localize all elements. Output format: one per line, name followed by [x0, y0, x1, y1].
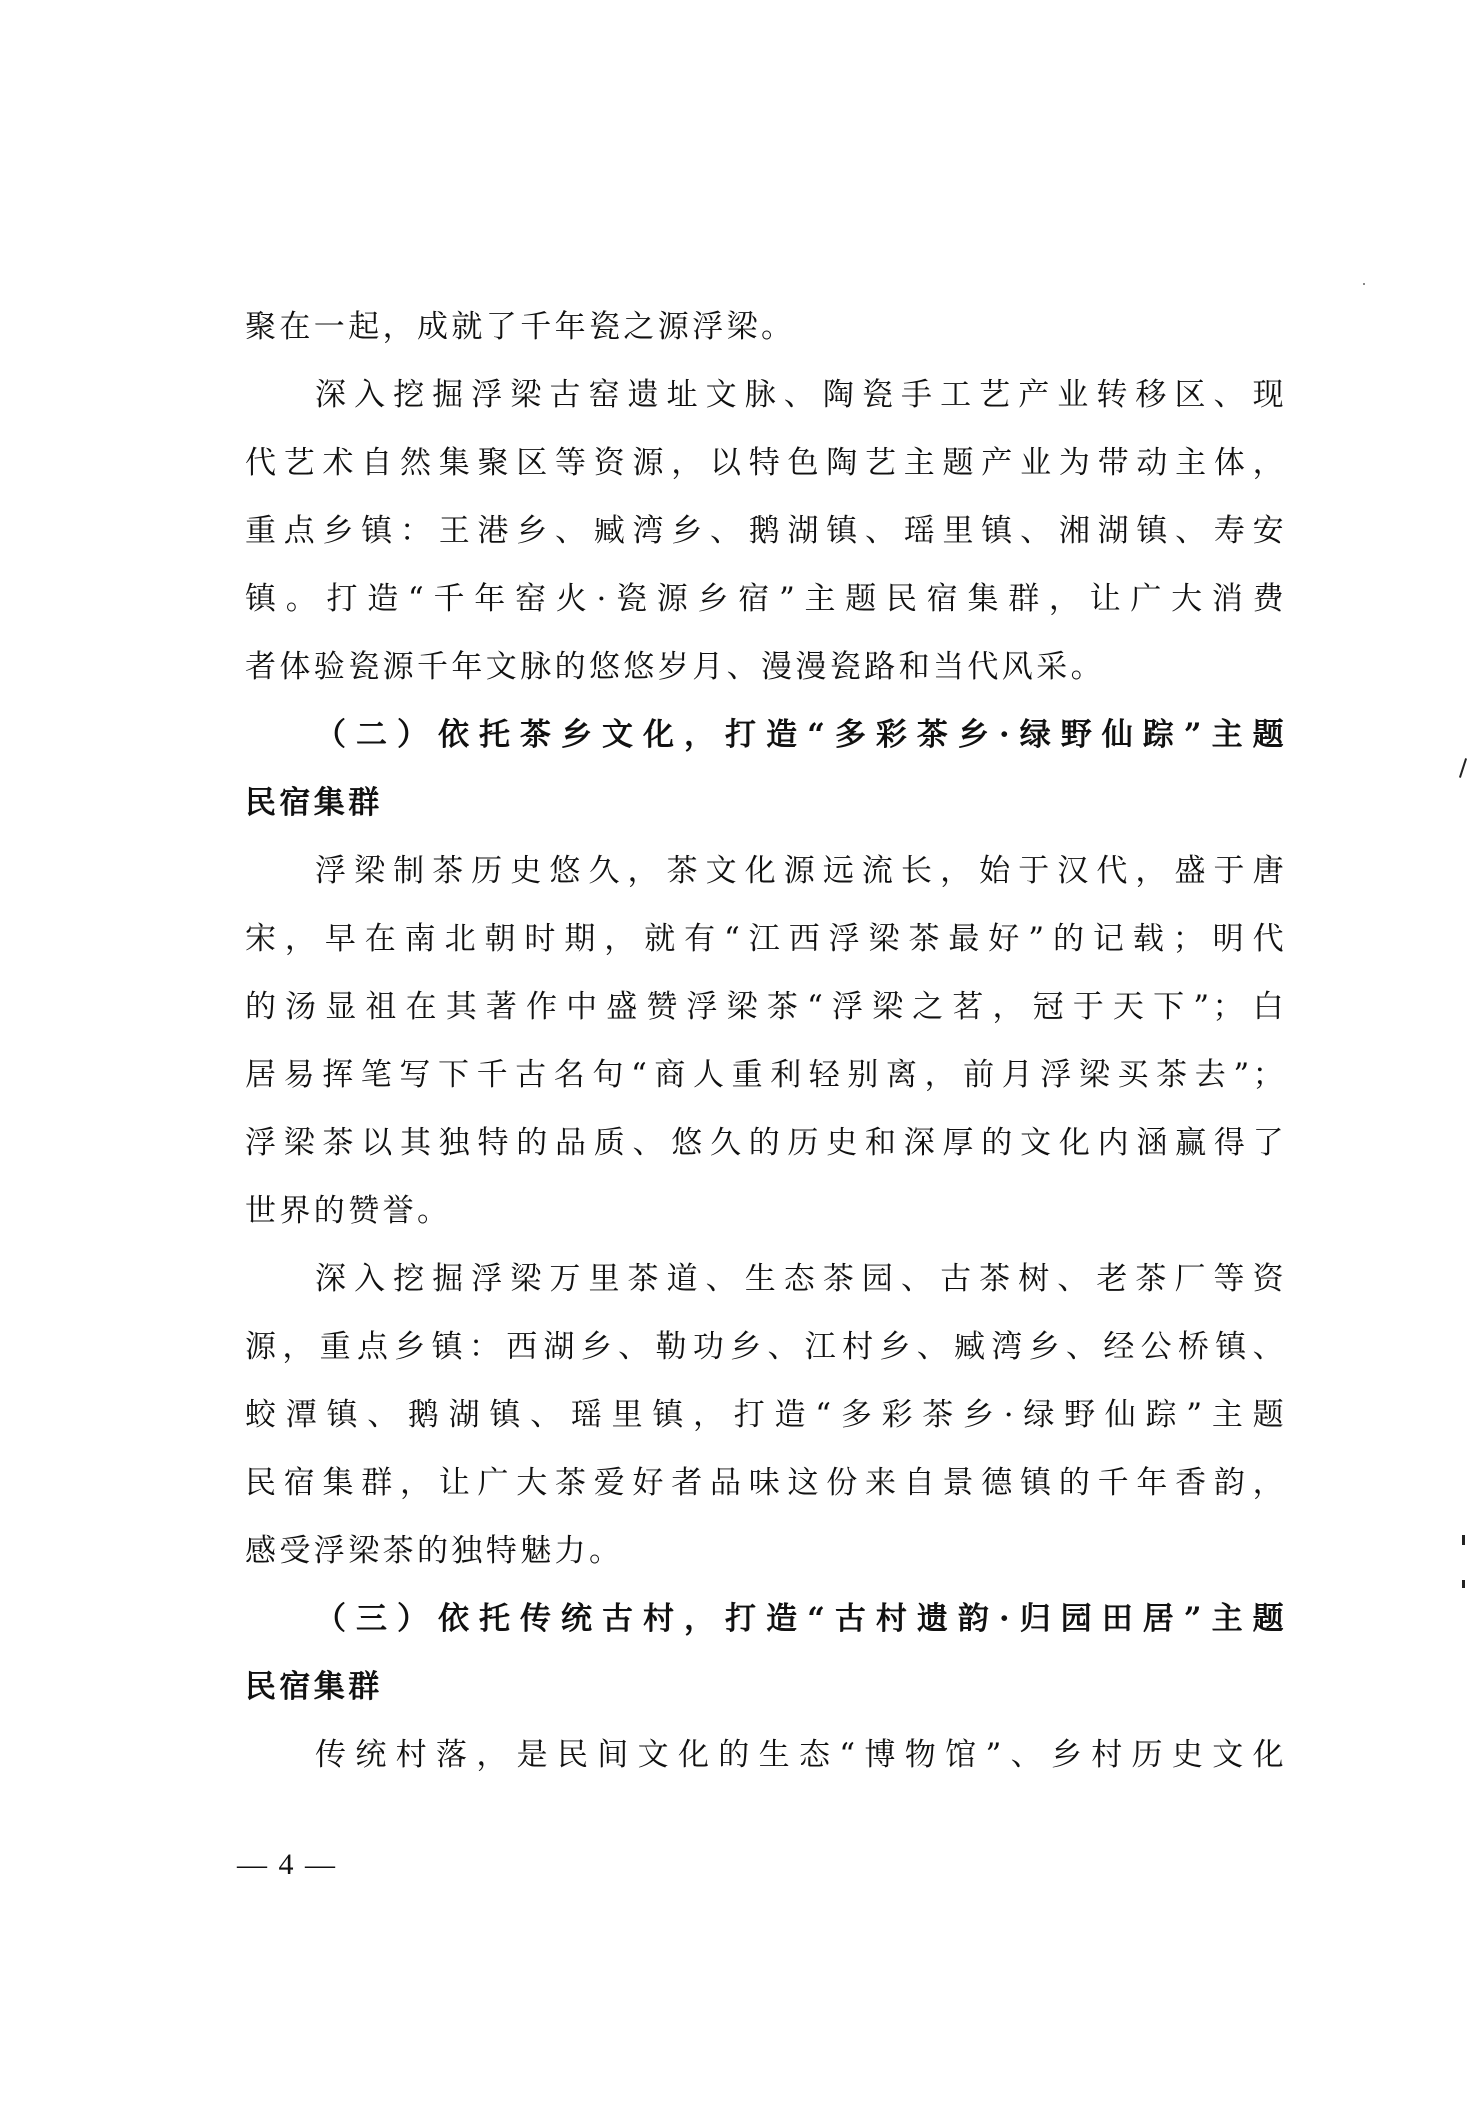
- scan-artifact: [1459, 758, 1467, 778]
- section-heading-2: （二）依托茶乡文化，打造“多彩茶乡·绿野仙踪”主题: [245, 714, 1287, 782]
- text-line: 镇。打造“千年窑火·瓷源乡宿”主题民宿集群，让广大消费: [245, 578, 1287, 646]
- text-line: 代艺术自然集聚区等资源，以特色陶艺主题产业为带动主体，: [245, 442, 1287, 510]
- text-line: 世界的赞誉。: [245, 1190, 1287, 1258]
- scan-artifact: [1462, 1535, 1465, 1545]
- text-line: 浮梁制茶历史悠久，茶文化源远流长，始于汉代，盛于唐: [245, 850, 1287, 918]
- text-line: 深入挖掘浮梁古窑遗址文脉、陶瓷手工艺产业转移区、现: [245, 374, 1287, 442]
- document-page: 聚在一起，成就了千年瓷之源浮梁。 深入挖掘浮梁古窑遗址文脉、陶瓷手工艺产业转移区…: [0, 0, 1470, 2112]
- section-heading-3: （三）依托传统古村，打造“古村遗韵·归园田居”主题: [245, 1598, 1287, 1666]
- text-line: 深入挖掘浮梁万里茶道、生态茶园、古茶树、老茶厂等资: [245, 1258, 1287, 1326]
- scan-artifact: [1462, 1580, 1465, 1588]
- text-line: 浮梁茶以其独特的品质、悠久的历史和深厚的文化内涵赢得了: [245, 1122, 1287, 1190]
- body-text: 聚在一起，成就了千年瓷之源浮梁。 深入挖掘浮梁古窑遗址文脉、陶瓷手工艺产业转移区…: [245, 306, 1287, 1802]
- text-line: 聚在一起，成就了千年瓷之源浮梁。: [245, 306, 1287, 374]
- text-line: 蛟潭镇、鹅湖镇、瑶里镇，打造“多彩茶乡·绿野仙踪”主题: [245, 1394, 1287, 1462]
- text-line: 民宿集群，让广大茶爱好者品味这份来自景德镇的千年香韵，: [245, 1462, 1287, 1530]
- page-number: — 4 —: [237, 1848, 337, 1882]
- scan-artifact: [1363, 283, 1365, 285]
- section-heading-3-cont: 民宿集群: [245, 1666, 1287, 1734]
- text-line: 居易挥笔写下千古名句“商人重利轻别离，前月浮梁买茶去”；: [245, 1054, 1287, 1122]
- text-line: 感受浮梁茶的独特魅力。: [245, 1530, 1287, 1598]
- section-heading-2-cont: 民宿集群: [245, 782, 1287, 850]
- text-line: 的汤显祖在其著作中盛赞浮梁茶“浮梁之茗，冠于天下”；白: [245, 986, 1287, 1054]
- text-line: 宋，早在南北朝时期，就有“江西浮梁茶最好”的记载；明代: [245, 918, 1287, 986]
- text-line: 者体验瓷源千年文脉的悠悠岁月、漫漫瓷路和当代风采。: [245, 646, 1287, 714]
- text-line: 源，重点乡镇：西湖乡、勒功乡、江村乡、臧湾乡、经公桥镇、: [245, 1326, 1287, 1394]
- text-line: 传统村落，是民间文化的生态“博物馆”、乡村历史文化: [245, 1734, 1287, 1802]
- text-line: 重点乡镇：王港乡、臧湾乡、鹅湖镇、瑶里镇、湘湖镇、寿安: [245, 510, 1287, 578]
